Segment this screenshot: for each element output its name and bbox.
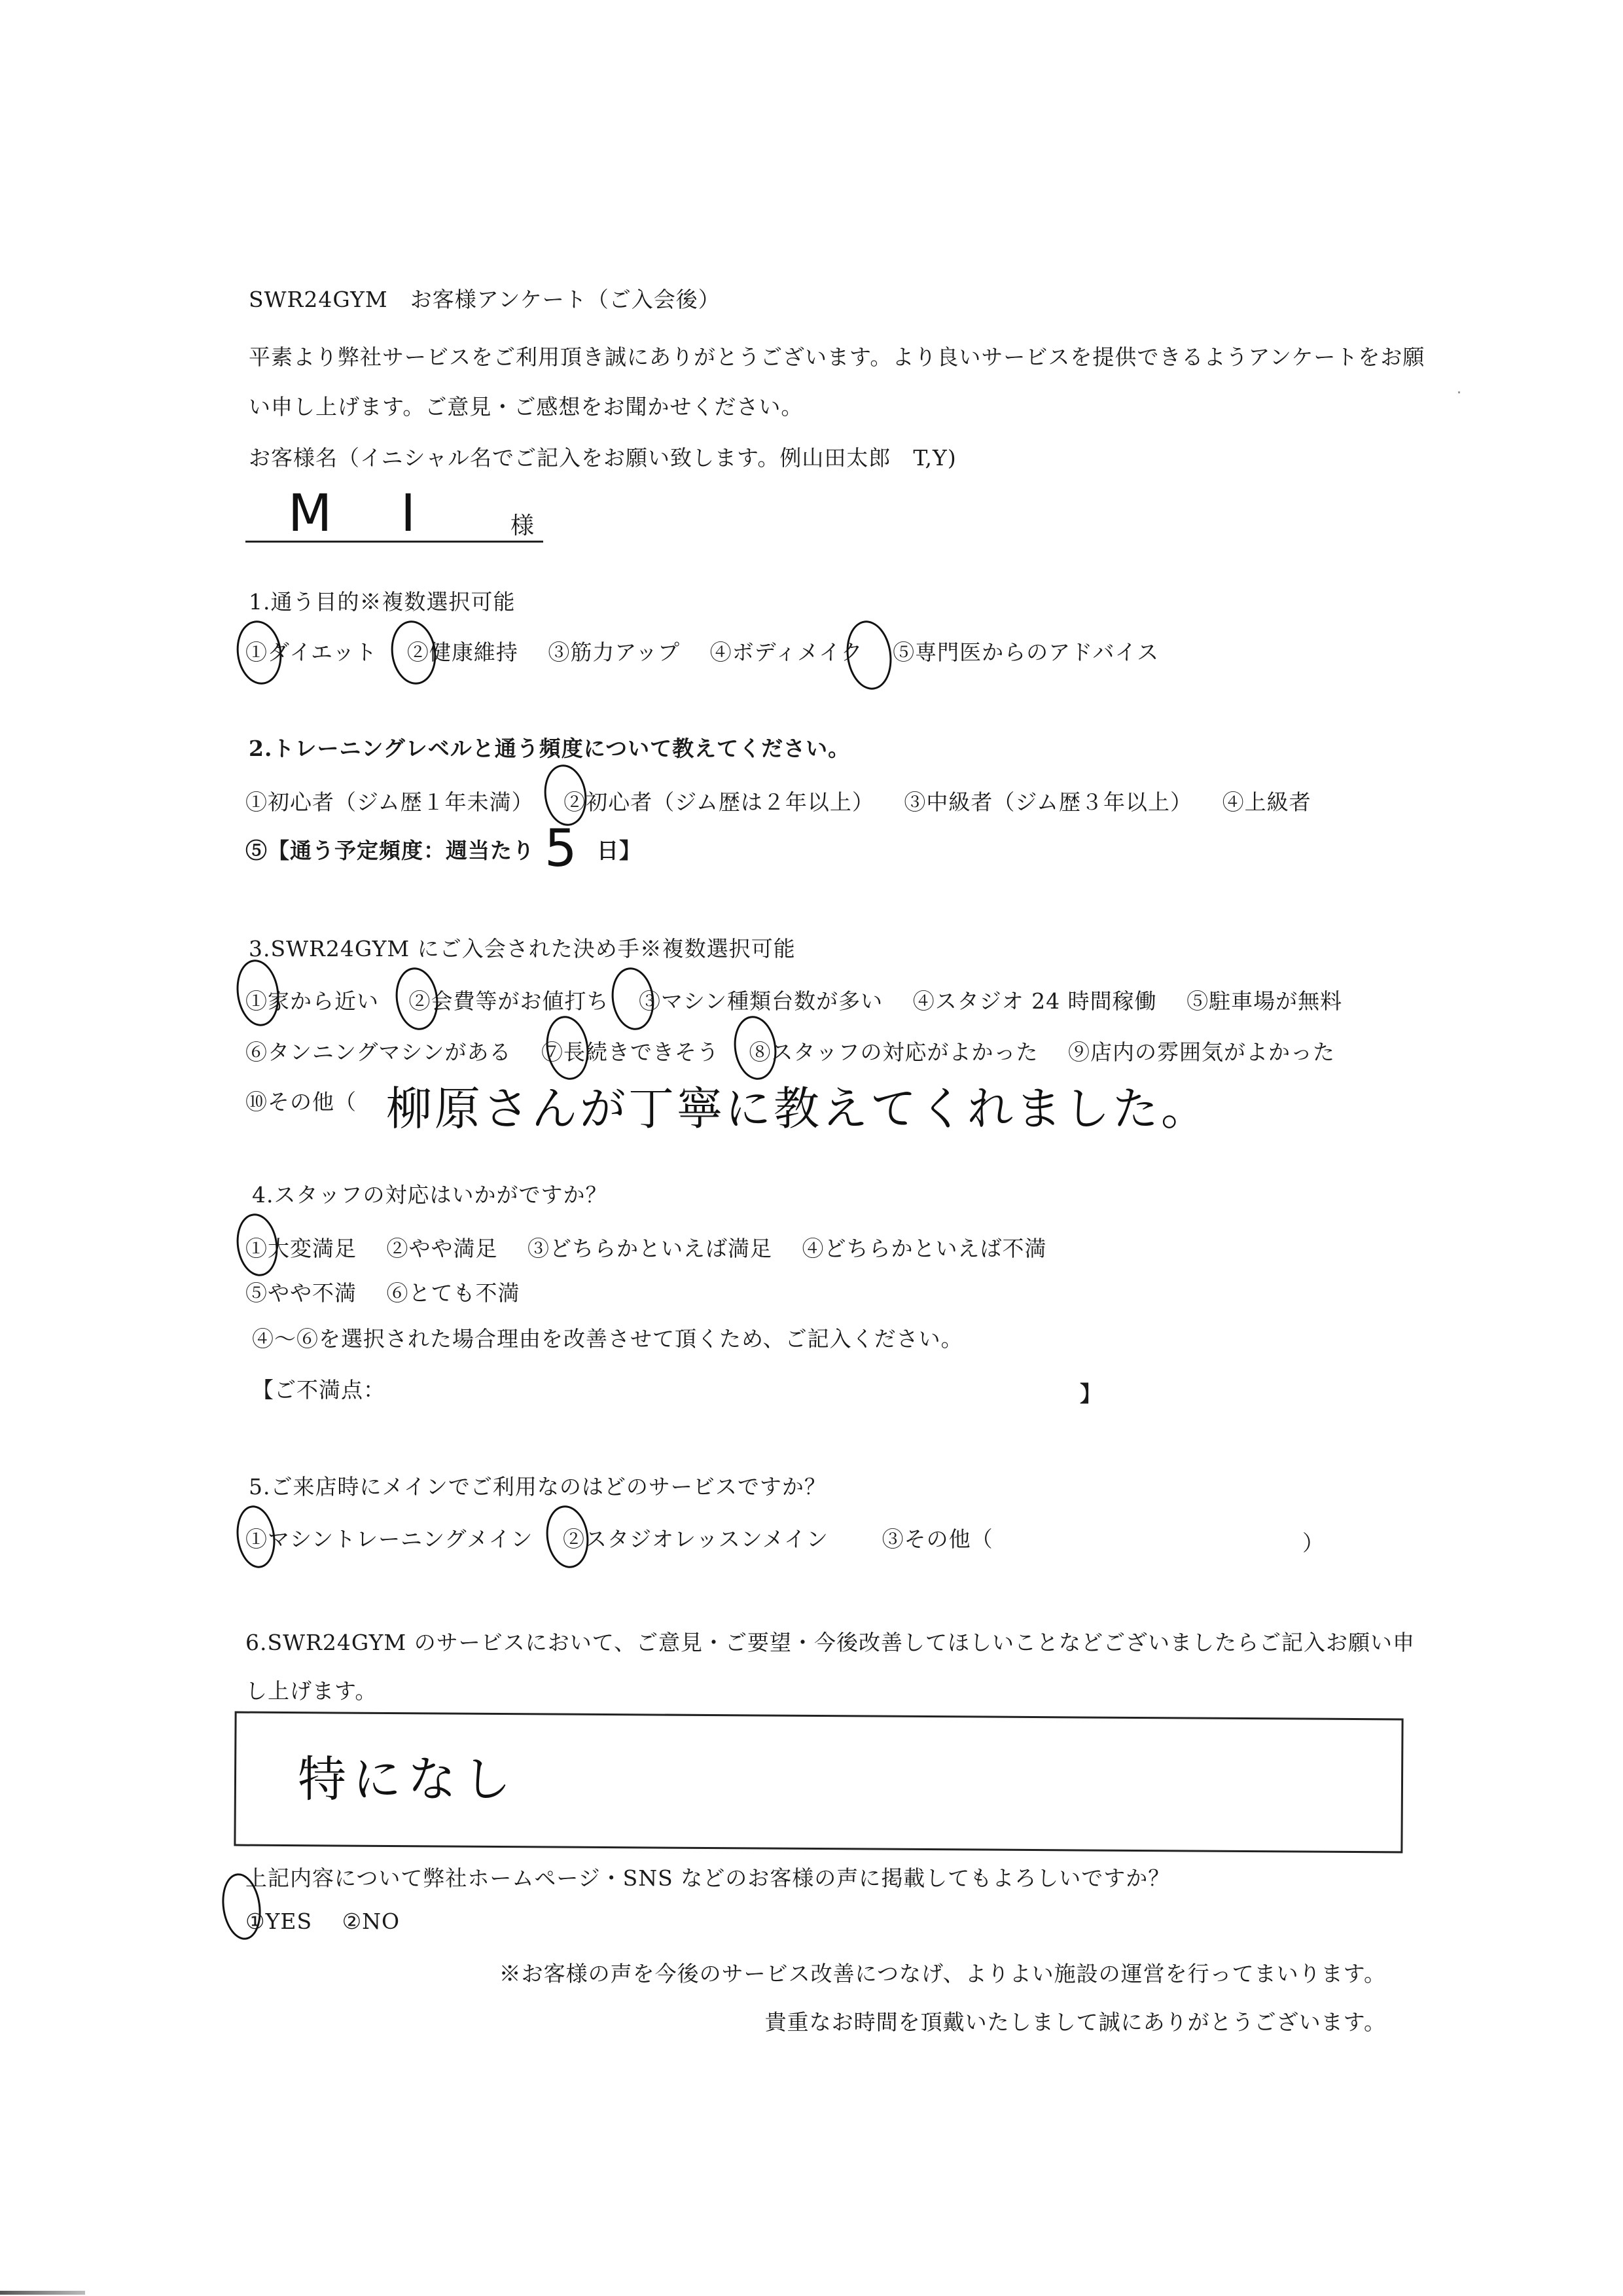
intro-line-1: 平素より弊社サービスをご利用頂き誠にありがとうございます。より良いサービスを提供… <box>249 343 1425 372</box>
consent-option-no[interactable]: ②NO <box>342 1907 401 1936</box>
consent-question: 上記内容について弊社ホームページ・SNS などのお客様の声に掲載してもよろしいで… <box>245 1864 1170 1893</box>
q4-option-somewhat-satisfied[interactable]: ②やや満足 <box>387 1234 498 1263</box>
q2-option-advanced[interactable]: ④上級者 <box>1222 788 1311 817</box>
q5-option-machine[interactable]: ①マシントレーニングメイン <box>245 1525 533 1554</box>
q2-frequency-value[interactable]: 5 <box>544 819 577 878</box>
q4-complaint-close: 】 <box>1080 1380 1102 1408</box>
q5-label: 5.ご来店時にメインでご利用なのはどのサービスですか？ <box>249 1473 827 1501</box>
q4-option-very-dissatisfied[interactable]: ⑥とても不満 <box>387 1279 520 1308</box>
customer-name-value[interactable]: M I <box>288 484 442 543</box>
q3-option-staff[interactable]: ⑧スタッフの対応がよかった <box>749 1038 1039 1067</box>
intro-line-2: い申し上げます。ご意見・ご感想をお聞かせください。 <box>249 393 803 422</box>
survey-page: SWR24GYM お客様アンケート（ご入会後） 平素より弊社サービスをご利用頂き… <box>0 0 1623 2296</box>
q2-options: ①初心者（ジム歴１年未満） ②初心者（ジム歴は２年以上） ③中級者（ジム歴３年以… <box>245 788 1334 817</box>
q2-frequency-label: ⑤【通う予定頻度：週当たり <box>245 836 535 865</box>
q4-options-row1: ①大変満足 ②やや満足 ③どちらかといえば満足 ④どちらかといえば不満 <box>245 1234 1069 1263</box>
q3-option-many-machines[interactable]: ③マシン種類台数が多い <box>639 987 883 1016</box>
name-underline <box>245 541 543 543</box>
consent-options: ①YES ②NO <box>245 1907 422 1936</box>
q3-label: 3.SWR24GYM にご入会された決め手※複数選択可能 <box>249 935 796 963</box>
q2-label: 2.トレーニングレベルと通う頻度について教えてください。 <box>249 734 850 763</box>
q1-option-bodymake[interactable]: ④ボディメイク <box>710 638 863 667</box>
q2-option-beginner-over2[interactable]: ②初心者（ジム歴は２年以上） <box>563 788 874 817</box>
footer-thanks: 貴重なお時間を頂戴いたしまして誠にありがとうございます。 <box>300 2008 1386 2037</box>
q3-option-atmosphere[interactable]: ⑨店内の雰囲気がよかった <box>1068 1038 1335 1067</box>
q4-option-very-satisfied[interactable]: ①大変満足 <box>245 1234 357 1263</box>
q4-label: 4.スタッフの対応はいかがですか？ <box>252 1181 608 1210</box>
scan-speck <box>1458 391 1460 393</box>
q3-option-free-parking[interactable]: ⑤駐車場が無料 <box>1186 987 1342 1016</box>
footer-note: ※お客様の声を今後のサービス改善につなげ、よりよい施設の運営を行ってまいります。 <box>300 1960 1386 1988</box>
q4-option-somewhat-dissatisfied[interactable]: ⑤やや不満 <box>245 1279 357 1308</box>
q4-options-row2: ⑤やや不満 ⑥とても不満 <box>245 1279 543 1308</box>
q4-option-rather-satisfied[interactable]: ③どちらかといえば満足 <box>527 1234 772 1263</box>
q3-option-near-home[interactable]: ①家から近い <box>245 987 379 1016</box>
q3-options-row1: ①家から近い ②会費等がお値打ち ③マシン種類台数が多い ④スタジオ 24 時間… <box>245 987 1364 1016</box>
q3-option-studio-24h[interactable]: ④スタジオ 24 時間稼働 <box>913 987 1157 1016</box>
q5-option-other[interactable]: ③その他（ <box>882 1525 993 1554</box>
q3-other-value[interactable]: 柳原さんが丁寧に教えてくれました。 <box>386 1072 1209 1138</box>
q3-option-good-price[interactable]: ②会費等がお値打ち <box>409 987 609 1016</box>
q4-complaint-label: 【ご不満点： <box>252 1376 385 1405</box>
q4-note: ④～⑥を選択された場合理由を改善させて頂くため、ご記入ください。 <box>252 1325 963 1354</box>
survey-title: SWR24GYM お客様アンケート（ご入会後） <box>249 285 721 314</box>
q1-option-diet[interactable]: ①ダイエット <box>245 638 377 667</box>
q1-label: 1.通う目的※複数選択可能 <box>249 588 516 617</box>
consent-option-yes[interactable]: ①YES <box>245 1907 312 1936</box>
name-suffix: 様 <box>510 512 535 541</box>
q2-option-beginner-under1[interactable]: ①初心者（ジム歴１年未満） <box>245 788 534 817</box>
q3-option-sustainable[interactable]: ⑦長続きできそう <box>541 1038 719 1067</box>
scan-edge-shadow <box>0 2291 85 2295</box>
q2-option-intermediate[interactable]: ③中級者（ジム歴３年以上） <box>904 788 1192 817</box>
q1-option-doctor-advice[interactable]: ⑤専門医からのアドバイス <box>893 638 1159 667</box>
q4-complaint-input[interactable] <box>419 1376 1073 1405</box>
q6-label-line-1: 6.SWR24GYM のサービスにおいて、ご意見・ご要望・今後改善してほしいこと… <box>245 1628 1415 1657</box>
q6-answer-value[interactable]: 特になし <box>298 1741 518 1810</box>
q2-frequency-suffix: 日】 <box>597 836 641 865</box>
q3-options-row2: ⑥タンニングマシンがある ⑦長続きできそう ⑧スタッフの対応がよかった ⑨店内の… <box>245 1038 1357 1067</box>
q3-option-tanning[interactable]: ⑥タンニングマシンがある <box>245 1038 512 1067</box>
q1-option-strength[interactable]: ③筋力アップ <box>548 638 680 667</box>
q5-other-close: ） <box>1302 1529 1325 1558</box>
q5-option-studio[interactable]: ②スタジオレッスンメイン <box>563 1525 829 1554</box>
name-prompt: お客様名（イニシャル名でご記入をお願い致します。例山田太郎 T,Y) <box>249 444 957 473</box>
q5-options: ①マシントレーニングメイン ②スタジオレッスンメイン ③その他（ <box>245 1525 1016 1554</box>
q3-other-label: ⑩その他（ <box>245 1088 357 1117</box>
q6-label-line-2: し上げます。 <box>245 1677 377 1706</box>
q1-option-health[interactable]: ②健康維持 <box>407 638 518 667</box>
q1-options: ①ダイエット ②健康維持 ③筋力アップ ④ボディメイク ⑤専門医からのアドバイス <box>245 638 1181 667</box>
q4-option-rather-dissatisfied[interactable]: ④どちらかといえば不満 <box>802 1234 1047 1263</box>
